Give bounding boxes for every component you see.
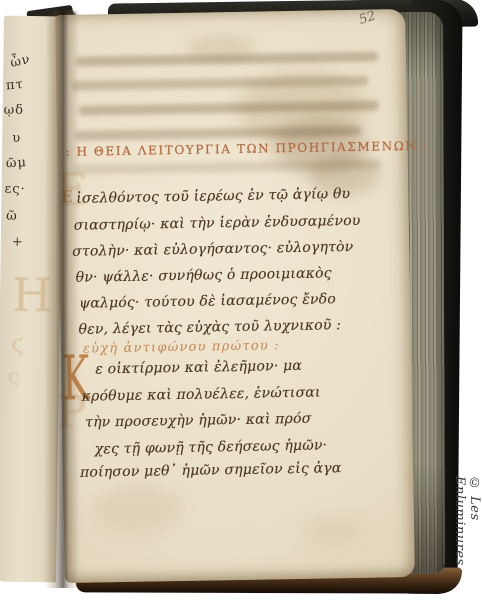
text-line: θεν, λέγει τὰς εὐχὰς τοῦ λυχνικοῦ :	[78, 317, 341, 338]
facing-page-text-fragment: ῶ	[6, 209, 18, 224]
facing-page-faint-mark: ϛ	[11, 332, 24, 357]
text-line: χες τῇ φωνῇ τῆς δεήσεως ἡμῶν·	[95, 437, 328, 457]
facing-page-text-fragment: ὧν	[9, 52, 32, 71]
rubric-heading: : Η ΘΕΙΑ ΛΕΙΤΟΥΡΓΙΑ ΤΩΝ ΠΡΟΗΓΙΑΣΜΕΝΩΝ :	[65, 139, 401, 159]
text-line: ψαλμός· τούτου δὲ ἰασαμένος ἔνδο	[79, 291, 336, 311]
bleedthrough-line	[72, 76, 368, 91]
rubric-subheading: εὐχὴ ἀντιφώνου πρώτου :	[83, 338, 280, 356]
manuscript-page: Ε Ρ 52 : Η ΘΕΙΑ ΛΕΙΤΟΥΡΓΙΑ ΤΩΝ ΠΡΟΗΓΙΑΣΜ…	[55, 9, 415, 583]
facing-page-text-fragment: +	[12, 235, 24, 250]
bleedthrough-line	[79, 100, 379, 115]
text-line: στολὴν· καὶ εὐλογήσαντος· εὐλογητὸν	[72, 239, 354, 260]
manuscript-photo: ὧν πτ ῳδ υ ῶμ ες· ῶ + Η ϛ ς Ε Ρ 52 : Η Θ…	[0, 0, 482, 600]
facing-page-text-fragment: ῳδ	[4, 103, 25, 118]
marginal-initial: Ε	[61, 187, 73, 206]
bleedthrough-line	[76, 51, 378, 66]
parchment-stain	[93, 483, 184, 535]
text-line: ἰσελθόντος τοῦ ἱερέως ἐν τῷ ἁγίῳ θυ	[76, 186, 350, 207]
text-line: θν· ψάλλε· συνήθως ὁ προοιμιακὸς	[76, 265, 332, 285]
facing-page-text-fragment: ῶμ	[5, 155, 27, 171]
facing-page-text-fragment: πτ	[5, 77, 24, 94]
bleedthrough-line	[74, 159, 382, 174]
bleedthrough-line	[75, 126, 361, 141]
folio-number: 52	[357, 8, 378, 28]
facing-page: ὧν πτ ῳδ υ ῶμ ες· ῶ + Η ϛ ς	[0, 16, 64, 583]
copyright-credit: © Les Enluminures	[452, 476, 482, 600]
text-line: κρόθυμε καὶ πολυέλεε, ἐνώτισαι	[82, 385, 321, 405]
facing-page-text-fragment: ες·	[4, 182, 25, 197]
text-line: ε οἰκτίρμον καὶ ἐλεῆμον· μα	[95, 358, 302, 378]
facing-page-text-fragment: υ	[12, 131, 21, 146]
text-line: τὴν προσευχὴν ἡμῶν· καὶ πρόσ	[85, 411, 312, 431]
facing-page-faint-mark: ς	[8, 364, 20, 388]
parchment-stain	[302, 516, 365, 547]
facing-page-faint-initial: Η	[12, 268, 53, 323]
text-line: σιαστηρίῳ· καὶ τὴν ἱερὰν ἐνδυσαμένου	[74, 213, 361, 234]
text-line: ποίησον μεθ᾽ ἡμῶν σημεῖον εἰς ἀγα	[80, 460, 342, 481]
